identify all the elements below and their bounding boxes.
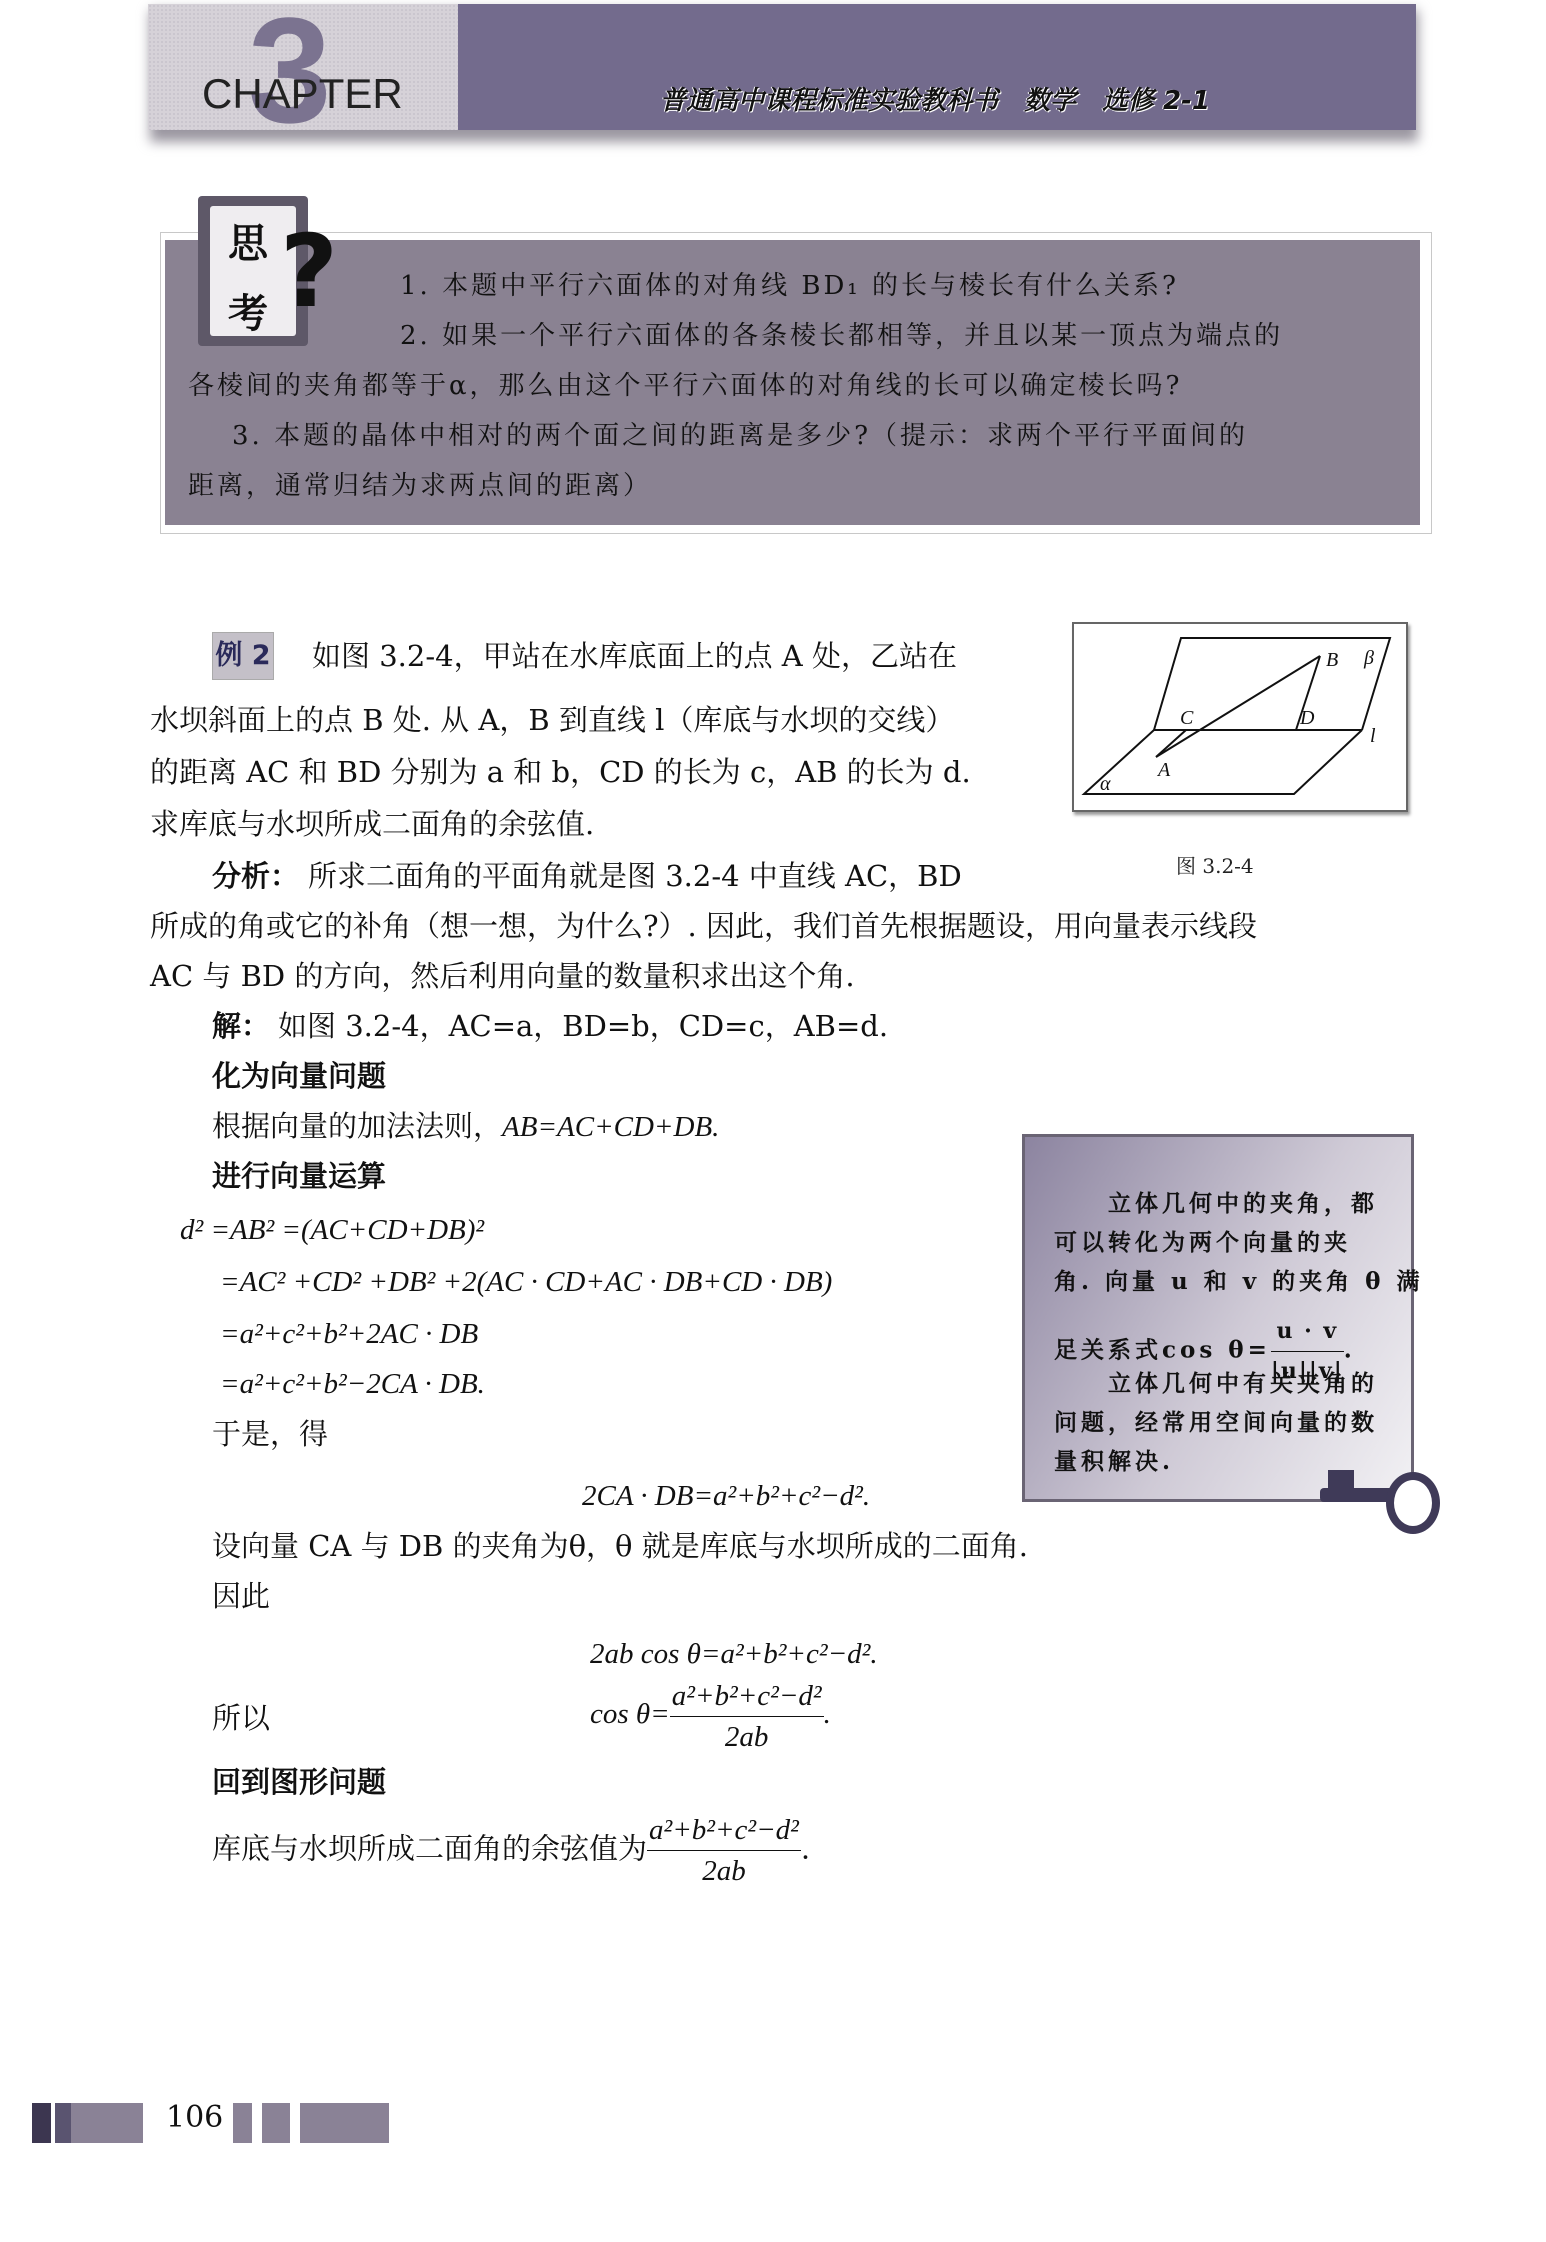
example-line-4: 求库底与水坝所成二面角的余弦值. [150, 804, 594, 844]
footer-bar-2 [55, 2103, 143, 2143]
example-badge: 例 2 [212, 632, 274, 680]
think-char-1: 思 [228, 212, 268, 269]
svg-text:l: l [1370, 725, 1376, 747]
think-question-3: 3. 本题的晶体中相对的两个面之间的距离是多少?（提示：求两个平行平面间的 [232, 418, 1248, 454]
svg-text:B: B [1326, 649, 1338, 671]
tip-line-3: 角. 向量 u 和 v 的夹角 θ 满 [1054, 1262, 1424, 1301]
dihedral-angle-diagram: B β C D l A α [1074, 624, 1406, 810]
book-title: 普通高中课程标准实验教科书 数学 选修 2-1 [660, 80, 1210, 117]
step1-title: 化为向量问题 [212, 1056, 386, 1096]
analysis-label: 分析： [212, 856, 299, 896]
analysis-line-2: 所成的角或它的补角（想一想，为什么?）. 因此，我们首先根据题设，用向量表示线段 [150, 906, 1257, 946]
svg-text:A: A [1156, 759, 1171, 781]
so-label: 所以 [212, 1698, 270, 1738]
derivation-line-4: =a²+c²+b²−2CA · DB. [220, 1364, 485, 1404]
think-question-1: 1. 本题中平行六面体的对角线 BD₁ 的长与棱长有什么关系? [400, 268, 1179, 304]
step3-title: 回到图形问题 [212, 1762, 386, 1802]
footer-bar-3 [233, 2103, 252, 2143]
analysis-line-3: AC 与 BD 的方向，然后利用向量的数量积求出这个角. [150, 956, 855, 996]
hence-formula: 2CA · DB=a²+b²+c²−d². [582, 1476, 870, 1516]
step1-text: 根据向量的加法法则，AB=AC+CD+DB. [212, 1106, 719, 1147]
derivation-line-1: d² =AB² =(AC+CD+DB)² [180, 1210, 484, 1250]
step1-formula: AB=AC+CD+DB. [502, 1111, 719, 1143]
angle-text: 设向量 CA 与 DB 的夹角为θ，θ 就是库底与水坝所成的二面角. [212, 1526, 1028, 1566]
chapter-word: CHAPTER [202, 70, 403, 118]
footer-bar-1 [32, 2103, 51, 2143]
hence-label: 于是，得 [212, 1414, 328, 1454]
page-number: 106 [166, 2100, 223, 2135]
conclusion-text: 库底与水坝所成二面角的余弦值为 [212, 1832, 647, 1866]
think-char-2: 考 [228, 282, 268, 339]
cos-denominator: 2ab [670, 1717, 824, 1757]
solution-label: 解： [212, 1006, 270, 1046]
derivation-line-3: =a²+c²+b²+2AC · DB [220, 1314, 478, 1354]
tip-line-6: 问题，经常用空间向量的数 [1054, 1403, 1378, 1442]
step2-title: 进行向量运算 [212, 1156, 386, 1196]
example-line-3: 的距离 AC 和 BD 分别为 a 和 b，CD 的长为 c，AB 的长为 d. [150, 752, 971, 792]
tip-line-7: 量积解决. [1054, 1442, 1174, 1481]
tip-line-2: 可以转化为两个向量的夹 [1054, 1223, 1351, 1262]
question-mark-icon: ? [280, 222, 338, 322]
solution-given: 如图 3.2-4，AC=a，BD=b，CD=c，AB=d. [278, 1006, 888, 1046]
tip-line-5: 立体几何中有关夹角的 [1108, 1364, 1378, 1403]
footer-bar-5 [300, 2103, 389, 2143]
figure-caption: 图 3.2-4 [1176, 850, 1254, 879]
conclusion-fraction: a²+b²+c²−d²2ab [647, 1810, 801, 1891]
conclusion-denominator: 2ab [647, 1851, 801, 1891]
think-question-2: 2. 如果一个平行六面体的各条棱长都相等，并且以某一顶点为端点的 [400, 318, 1283, 354]
think-question-2-cont: 各棱间的夹角都等于α，那么由这个平行六面体的对角线的长可以确定棱长吗? [188, 368, 1183, 404]
therefore-label: 因此 [212, 1576, 270, 1616]
step1-text-label: 根据向量的加法法则， [212, 1109, 502, 1143]
analysis-line-1: 所求二面角的平面角就是图 3.2-4 中直线 AC，BD [308, 856, 962, 896]
key-icon-ring [1386, 1472, 1440, 1534]
cos-fraction: a²+b²+c²−d²2ab [670, 1676, 824, 1757]
conclusion: 库底与水坝所成二面角的余弦值为a²+b²+c²−d²2ab. [212, 1810, 810, 1891]
cos-numerator: a²+b²+c²−d² [670, 1676, 824, 1717]
derivation-line-2: =AC² +CD² +DB² +2(AC · CD+AC · DB+CD · D… [220, 1262, 832, 1302]
example-line-1: 如图 3.2-4，甲站在水库底面上的点 A 处，乙站在 [312, 636, 957, 676]
svg-text:α: α [1100, 773, 1111, 795]
conclusion-numerator: a²+b²+c²−d² [647, 1810, 801, 1851]
tip-numerator: u · v [1271, 1312, 1344, 1352]
example-line-2: 水坝斜面上的点 B 处. 从 A，B 到直线 l（库底与水坝的交线） [150, 700, 954, 740]
footer-bar-4 [262, 2103, 290, 2143]
cos-formula: cos θ=a²+b²+c²−d²2ab. [590, 1676, 831, 1757]
tip-line-1: 立体几何中的夹角，都 [1108, 1184, 1378, 1223]
tip-formula-lhs: 足关系式cos θ= [1054, 1337, 1271, 1364]
svg-text:D: D [1299, 707, 1315, 729]
figure-3-2-4: B β C D l A α [1072, 622, 1408, 812]
svg-text:C: C [1180, 707, 1194, 729]
cos-lhs: cos θ= [590, 1698, 670, 1730]
therefore-formula: 2ab cos θ=a²+b²+c²−d². [590, 1634, 878, 1674]
svg-text:β: β [1363, 647, 1374, 669]
think-question-3-cont: 距离，通常归结为求两点间的距离） [188, 468, 652, 504]
